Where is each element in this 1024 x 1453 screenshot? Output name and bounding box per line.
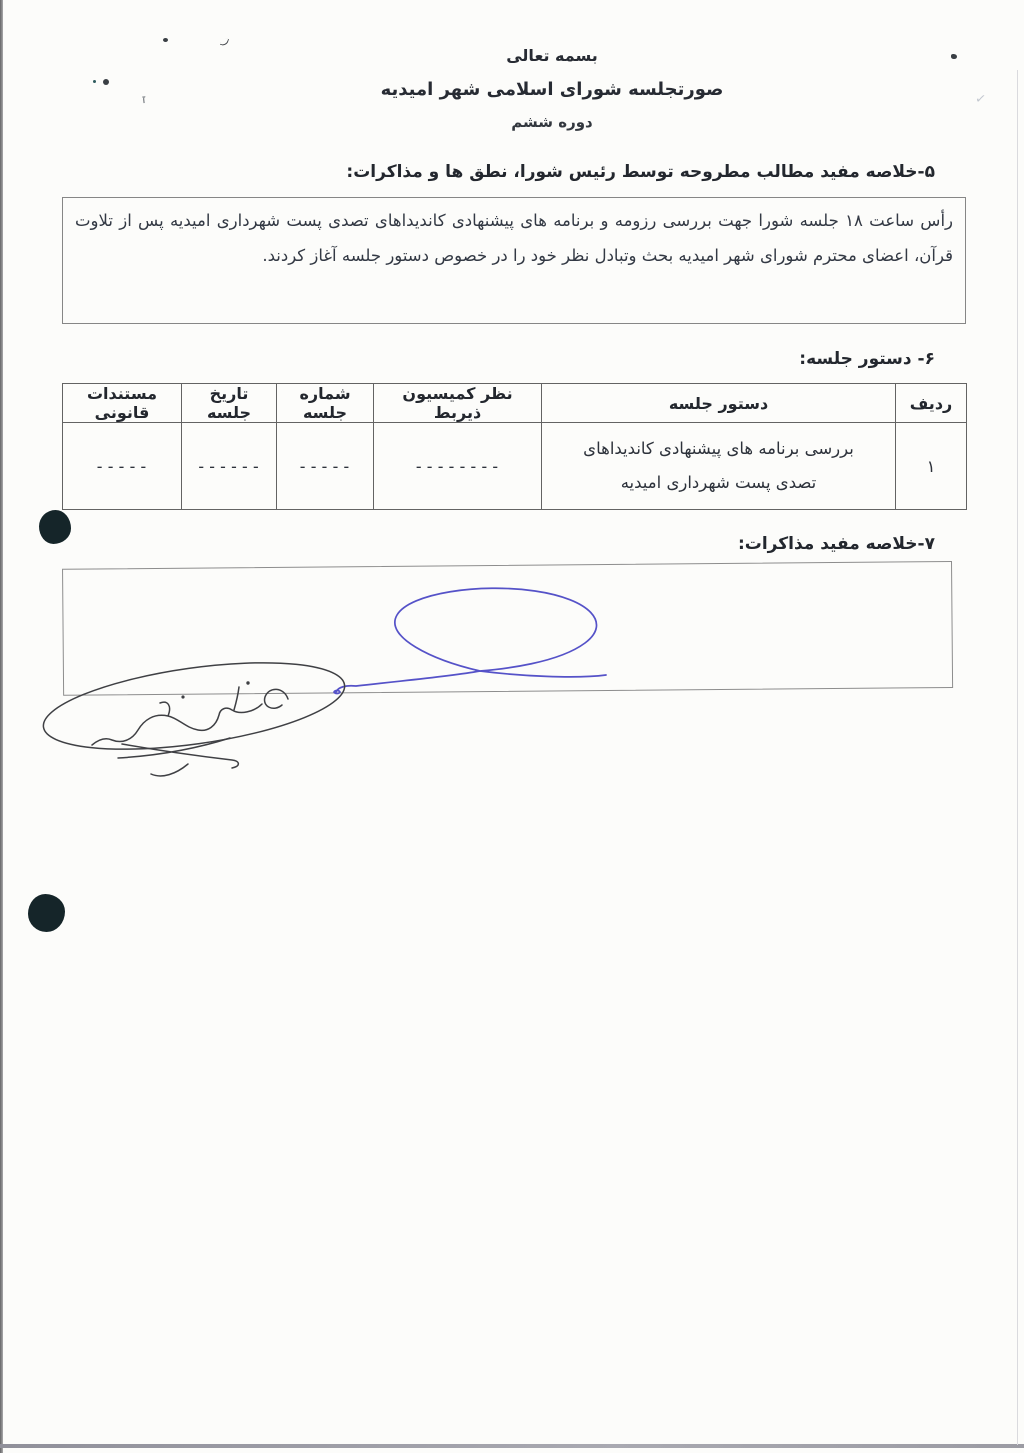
col-header-row-number: ردیف	[896, 384, 967, 423]
col-header-session-date: تاریخ جلسه	[182, 384, 277, 423]
cell-agenda: بررسی برنامه های پیشنهادی کاندیداهای تصد…	[542, 423, 896, 510]
ink-speck	[951, 54, 957, 59]
ink-speck	[103, 79, 109, 85]
page-edge-shadow-left	[0, 0, 3, 1453]
cell-session-date: ------	[182, 423, 277, 510]
page-edge-shadow-bottom	[0, 1444, 1024, 1448]
signature-dark-script	[92, 687, 288, 745]
cell-row-number: ۱	[896, 423, 967, 510]
col-header-session-number: شماره جلسه	[277, 384, 374, 423]
document-title: صورتجلسه شورای اسلامی شهر امیدیه	[232, 79, 872, 100]
signature-dark-pen	[26, 654, 366, 786]
ink-speck	[163, 38, 168, 42]
cell-commission-opinion: --------	[374, 423, 542, 510]
agenda-table-header-row: ردیف دستور جلسه نظر کمیسیون ذیربط شماره …	[63, 384, 967, 423]
agenda-table-row: ۱ بررسی برنامه های پیشنهادی کاندیداهای ت…	[63, 423, 967, 510]
section5-heading: ۵-خلاصه مفید مطالب مطروحه توسط رئیس شورا…	[346, 162, 935, 182]
col-header-legal-references: مستندات قانونی	[63, 384, 182, 423]
section7-heading: ۷-خلاصه مفید مذاکرات:	[738, 534, 935, 554]
signature-dark-dot	[246, 681, 249, 684]
cell-session-number: -----	[277, 423, 374, 510]
ink-speck: ז	[141, 92, 147, 106]
section6-heading: ۶- دستور جلسه:	[799, 349, 935, 369]
hole-punch-top	[39, 510, 71, 544]
signature-dark-strike	[118, 738, 238, 776]
col-header-agenda: دستور جلسه	[542, 384, 896, 423]
col-header-commission-opinion: نظر کمیسیون ذیربط	[374, 384, 542, 423]
document-term: دوره ششم	[232, 113, 872, 131]
ink-speck	[93, 80, 96, 83]
document-header: بسمه تعالی صورتجلسه شورای اسلامی شهر امی…	[232, 46, 872, 131]
cell-legal-references: -----	[63, 423, 182, 510]
signature-blue-stroke	[336, 588, 606, 692]
hole-punch-bottom	[28, 894, 65, 932]
bismillah-line: بسمه تعالی	[232, 46, 872, 65]
page-edge-shadow-right	[1017, 70, 1018, 1445]
ink-speck: ✓	[974, 91, 987, 107]
scanned-document-page: ז ✓ بسمه تعالی صورتجلسه شورای اسلامی شهر…	[0, 0, 1024, 1453]
signature-dark-dot	[181, 695, 184, 698]
ink-speck	[220, 37, 229, 47]
signature-blue-pen	[328, 580, 628, 705]
agenda-table: ردیف دستور جلسه نظر کمیسیون ذیربط شماره …	[62, 383, 967, 510]
section5-summary-box: رأس ساعت ۱۸ جلسه شورا جهت بررسی رزومه و …	[62, 197, 966, 324]
section5-summary-text: رأس ساعت ۱۸ جلسه شورا جهت بررسی رزومه و …	[75, 203, 953, 273]
